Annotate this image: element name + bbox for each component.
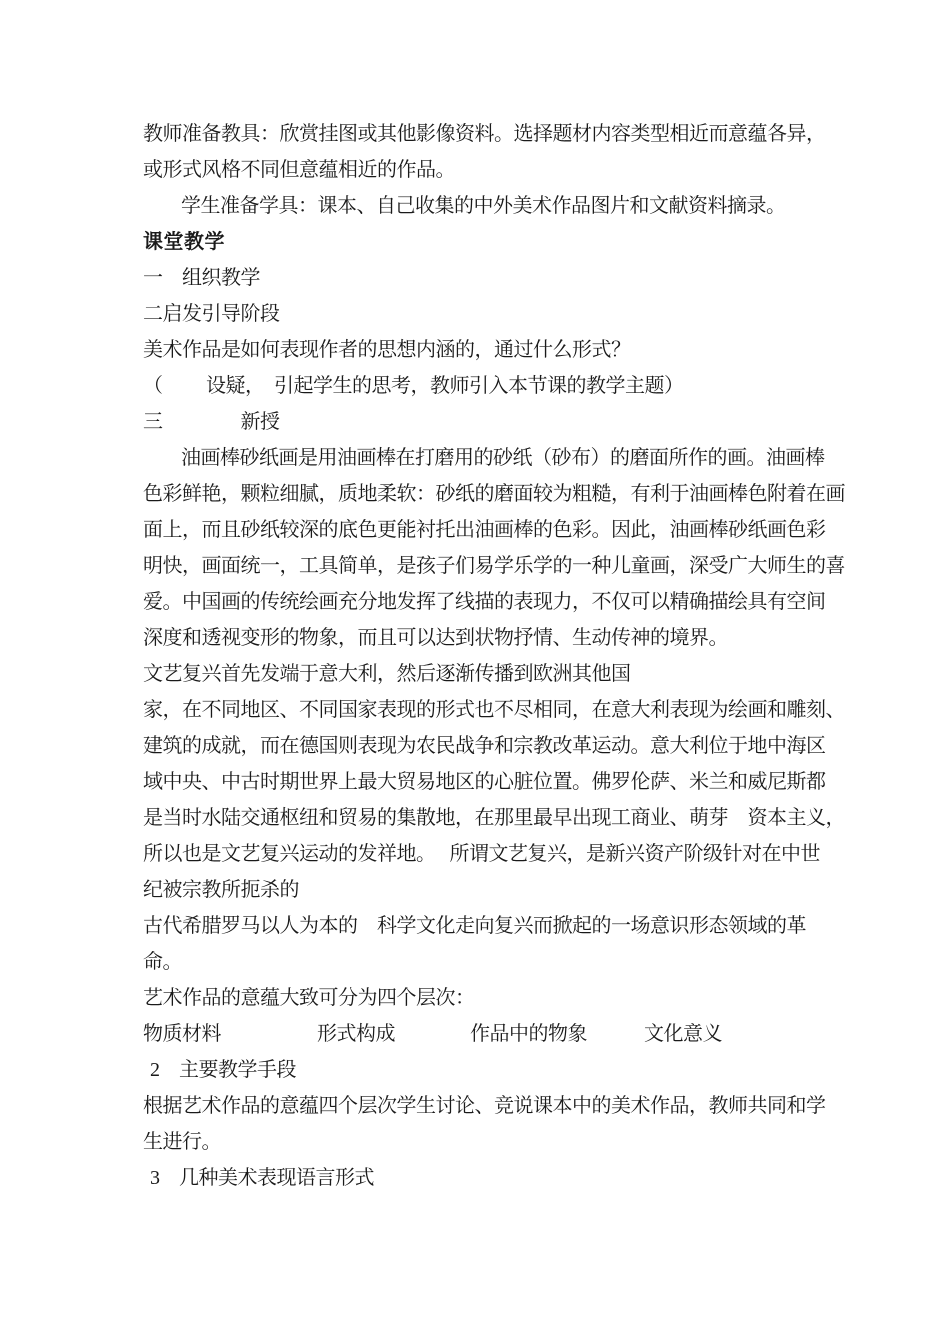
text-line: 古代希腊罗马以人为本的 科学文化走向复兴而掀起的一场意识形态领域的革 [143,908,830,944]
text-line: 爱。中国画的传统绘画充分地发挥了线描的表现力，不仅可以精确描绘具有空间 [143,584,830,620]
text-line: 文艺复兴首先发端于意大利，然后逐渐传播到欧洲其他国 [143,656,830,692]
list-item: 三 新授 [143,404,830,440]
text-line: 面上，而且砂纸较深的底色更能衬托出油画棒的色彩。因此，油画棒砂纸画色彩 [143,512,830,548]
level-label-form: 形式构成 [317,1016,470,1052]
text-line: 是当时水陆交通枢纽和贸易的集散地，在那里最早出现工商业、萌芽 资本主义， [143,800,830,836]
text-line: 纪被宗教所扼杀的 [143,872,830,908]
text-line: 命。 [143,944,830,980]
level-label-imagery: 作品中的物象 [470,1016,644,1052]
text-line: 所以也是文艺复兴运动的发祥地。 所谓文艺复兴，是新兴资产阶级针对在中世 [143,836,830,872]
text-line: 色彩鲜艳，颗粒细腻，质地柔软：砂纸的磨面较为粗糙，有利于油画棒色附着在画 [143,476,830,512]
text-line: 建筑的成就，而在德国则表现为农民战争和宗教改革运动。意大利位于地中海区 [143,728,830,764]
numbered-heading: 3 几种美术表现语言形式 [143,1160,830,1196]
text-line: 根据艺术作品的意蕴四个层次学生讨论、竞说课本中的美术作品，教师共同和学 [143,1088,830,1124]
text-line: 教师准备教具：欣赏挂图或其他影像资料。选择题材内容类型相近而意蕴各异， [143,116,830,152]
text-line: 深度和透视变形的物象，而且可以达到状物抒情、生动传神的境界。 [143,620,830,656]
numbered-heading: 2 主要教学手段 [143,1052,830,1088]
text-line: 家，在不同地区、不同国家表现的形式也不尽相同，在意大利表现为绘画和雕刻、 [143,692,830,728]
text-line: 明快，画面统一，工具简单，是孩子们易学乐学的一种儿童画，深受广大师生的喜 [143,548,830,584]
text-line: 或形式风格不同但意蕴相近的作品。 [143,152,830,188]
text-line: 美术作品是如何表现作者的思想内涵的，通过什么形式？ [143,332,830,368]
text-line: 生进行。 [143,1124,830,1160]
ideology-levels-row: 物质材料 形式构成 作品中的物象 文化意义 [143,1016,830,1052]
list-item: 二启发引导阶段 [143,296,830,332]
text-line: 域中央、中古时期世界上最大贸易地区的心脏位置。佛罗伦萨、米兰和威尼斯都 [143,764,830,800]
level-label-culture: 文化意义 [644,1016,722,1052]
section-heading: 课堂教学 [143,224,830,260]
level-label-material: 物质材料 [143,1016,317,1052]
document-page: 教师准备教具：欣赏挂图或其他影像资料。选择题材内容类型相近而意蕴各异， 或形式风… [0,0,950,1344]
text-line: 油画棒砂纸画是用油画棒在打磨用的砂纸（砂布）的磨面所作的画。油画棒 [143,440,830,476]
text-line: （ 设疑， 引起学生的思考，教师引入本节课的教学主题） [143,368,830,404]
text-line: 学生准备学具：课本、自己收集的中外美术作品图片和文献资料摘录。 [143,188,830,224]
text-line: 艺术作品的意蕴大致可分为四个层次： [143,980,830,1016]
list-item: 一 组织教学 [143,260,830,296]
